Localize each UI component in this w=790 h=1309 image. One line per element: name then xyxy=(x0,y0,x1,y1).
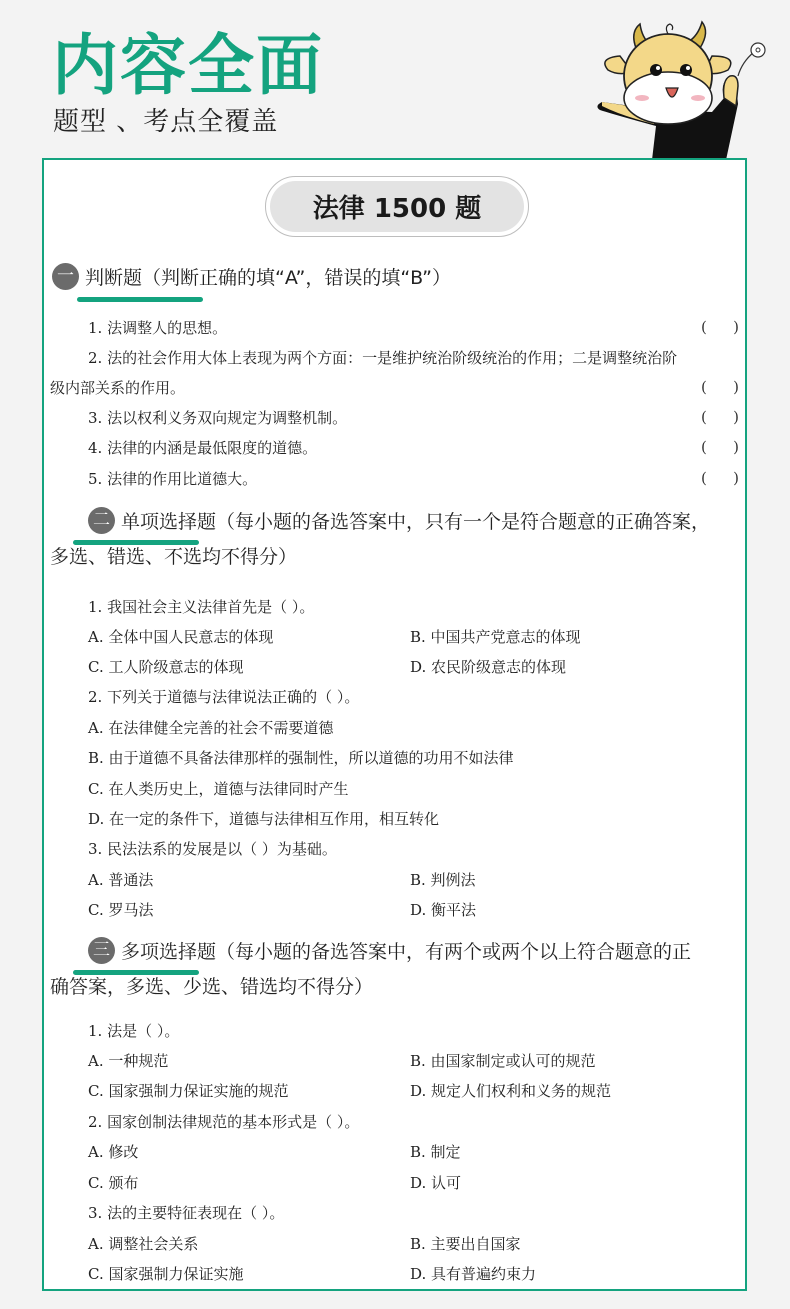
question-item: 3. 法以权利义务双向规定为调整机制。 xyxy=(88,408,347,428)
section-number-badge: 三 xyxy=(88,937,115,964)
option-b: B. 由于道德不具备法律那样的强制性，所以道德的功用不如法律 xyxy=(88,748,514,768)
section-underline xyxy=(73,970,199,975)
answer-blank: () xyxy=(701,318,739,336)
option-a: A. 在法律健全完善的社会不需要道德 xyxy=(88,718,333,738)
option-a: A. 全体中国人民意志的体现 xyxy=(88,627,273,647)
option-c: C. 国家强制力保证实施的规范 xyxy=(88,1081,288,1101)
option-a: A. 修改 xyxy=(88,1142,138,1162)
option-a: A. 一种规范 xyxy=(88,1051,168,1071)
question-item: 3. 民法法系的发展是以（ ）为基础。 xyxy=(88,839,337,859)
option-b: B. 制定 xyxy=(410,1142,461,1162)
answer-blank: () xyxy=(701,469,739,487)
section-heading-multiple-choice: 三多项选择题（每小题的备选答案中，有两个或两个以上符合题意的正 xyxy=(88,935,737,969)
option-d: D. 农民阶级意志的体现 xyxy=(410,657,566,677)
question-item: 2. 法的社会作用大体上表现为两个方面：一是维护统治阶级统治的作用；二是调整统治… xyxy=(88,348,677,368)
section-number-badge: 二 xyxy=(88,507,115,534)
cartoon-cow-mascot-icon xyxy=(592,14,782,160)
option-d: D. 在一定的条件下，道德与法律相互作用，相互转化 xyxy=(88,809,439,829)
section-number-badge: 一 xyxy=(52,263,79,290)
option-c: C. 工人阶级意志的体现 xyxy=(88,657,243,677)
option-c: C. 颁布 xyxy=(88,1173,138,1193)
section-underline xyxy=(77,297,203,302)
option-a: A. 调整社会关系 xyxy=(88,1234,198,1254)
section-heading-text: 多项选择题（每小题的备选答案中，有两个或两个以上符合题意的正 xyxy=(121,941,691,963)
option-a: A. 普通法 xyxy=(88,870,153,890)
question-card: 法律 1500 题 一判断题（判断正确的填“A”，错误的填“B”） 1. 法调整… xyxy=(42,158,747,1291)
option-c: C. 罗马法 xyxy=(88,900,153,920)
question-item-continuation: 级内部关系的作用。 xyxy=(50,378,185,398)
answer-blank: () xyxy=(701,438,739,456)
section-underline xyxy=(73,540,199,545)
section-heading-text: 判断题（判断正确的填“A”，错误的填“B”） xyxy=(85,267,451,289)
card-title: 法律 1500 题 xyxy=(270,181,524,232)
section-heading-text: 单项选择题（每小题的备选答案中，只有一个是符合题意的正确答案， xyxy=(121,511,710,533)
card-title-pill: 法律 1500 题 xyxy=(265,176,529,237)
option-c: C. 在人类历史上，道德与法律同时产生 xyxy=(88,779,348,799)
option-d: D. 衡平法 xyxy=(410,900,476,920)
section-heading-line2: 多选、错选、不选均不得分） xyxy=(50,540,737,574)
question-item: 5. 法律的作用比道德大。 xyxy=(88,469,257,489)
answer-blank: () xyxy=(701,378,739,396)
hero-subtitle: 题型 、考点全覆盖 xyxy=(53,104,278,140)
question-item: 1. 我国社会主义法律首先是（ ）。 xyxy=(88,597,314,617)
answer-blank: () xyxy=(701,408,739,426)
option-d: D. 认可 xyxy=(410,1173,461,1193)
option-d: D. 具有普遍约束力 xyxy=(410,1264,536,1284)
section-heading-line2: 确答案，多选、少选、错选均不得分） xyxy=(50,970,737,1004)
section-heading-judgement: 一判断题（判断正确的填“A”，错误的填“B”） xyxy=(52,261,737,295)
hero-title: 内容全面 xyxy=(52,26,324,106)
question-item: 2. 国家创制法律规范的基本形式是（ ）。 xyxy=(88,1112,359,1132)
option-b: B. 由国家制定或认可的规范 xyxy=(410,1051,596,1071)
section-heading-single-choice: 二单项选择题（每小题的备选答案中，只有一个是符合题意的正确答案， xyxy=(88,505,737,539)
question-item: 3. 法的主要特征表现在（ ）。 xyxy=(88,1203,284,1223)
question-item: 4. 法律的内涵是最低限度的道德。 xyxy=(88,438,317,458)
option-b: B. 判例法 xyxy=(410,870,476,890)
option-b: B. 主要出自国家 xyxy=(410,1234,521,1254)
option-c: C. 国家强制力保证实施 xyxy=(88,1264,243,1284)
option-d: D. 规定人们权利和义务的规范 xyxy=(410,1081,611,1101)
question-item: 1. 法调整人的思想。 xyxy=(88,318,227,338)
question-item: 1. 法是（ ）。 xyxy=(88,1021,179,1041)
option-b: B. 中国共产党意志的体现 xyxy=(410,627,581,647)
question-item: 2. 下列关于道德与法律说法正确的（ ）。 xyxy=(88,687,359,707)
